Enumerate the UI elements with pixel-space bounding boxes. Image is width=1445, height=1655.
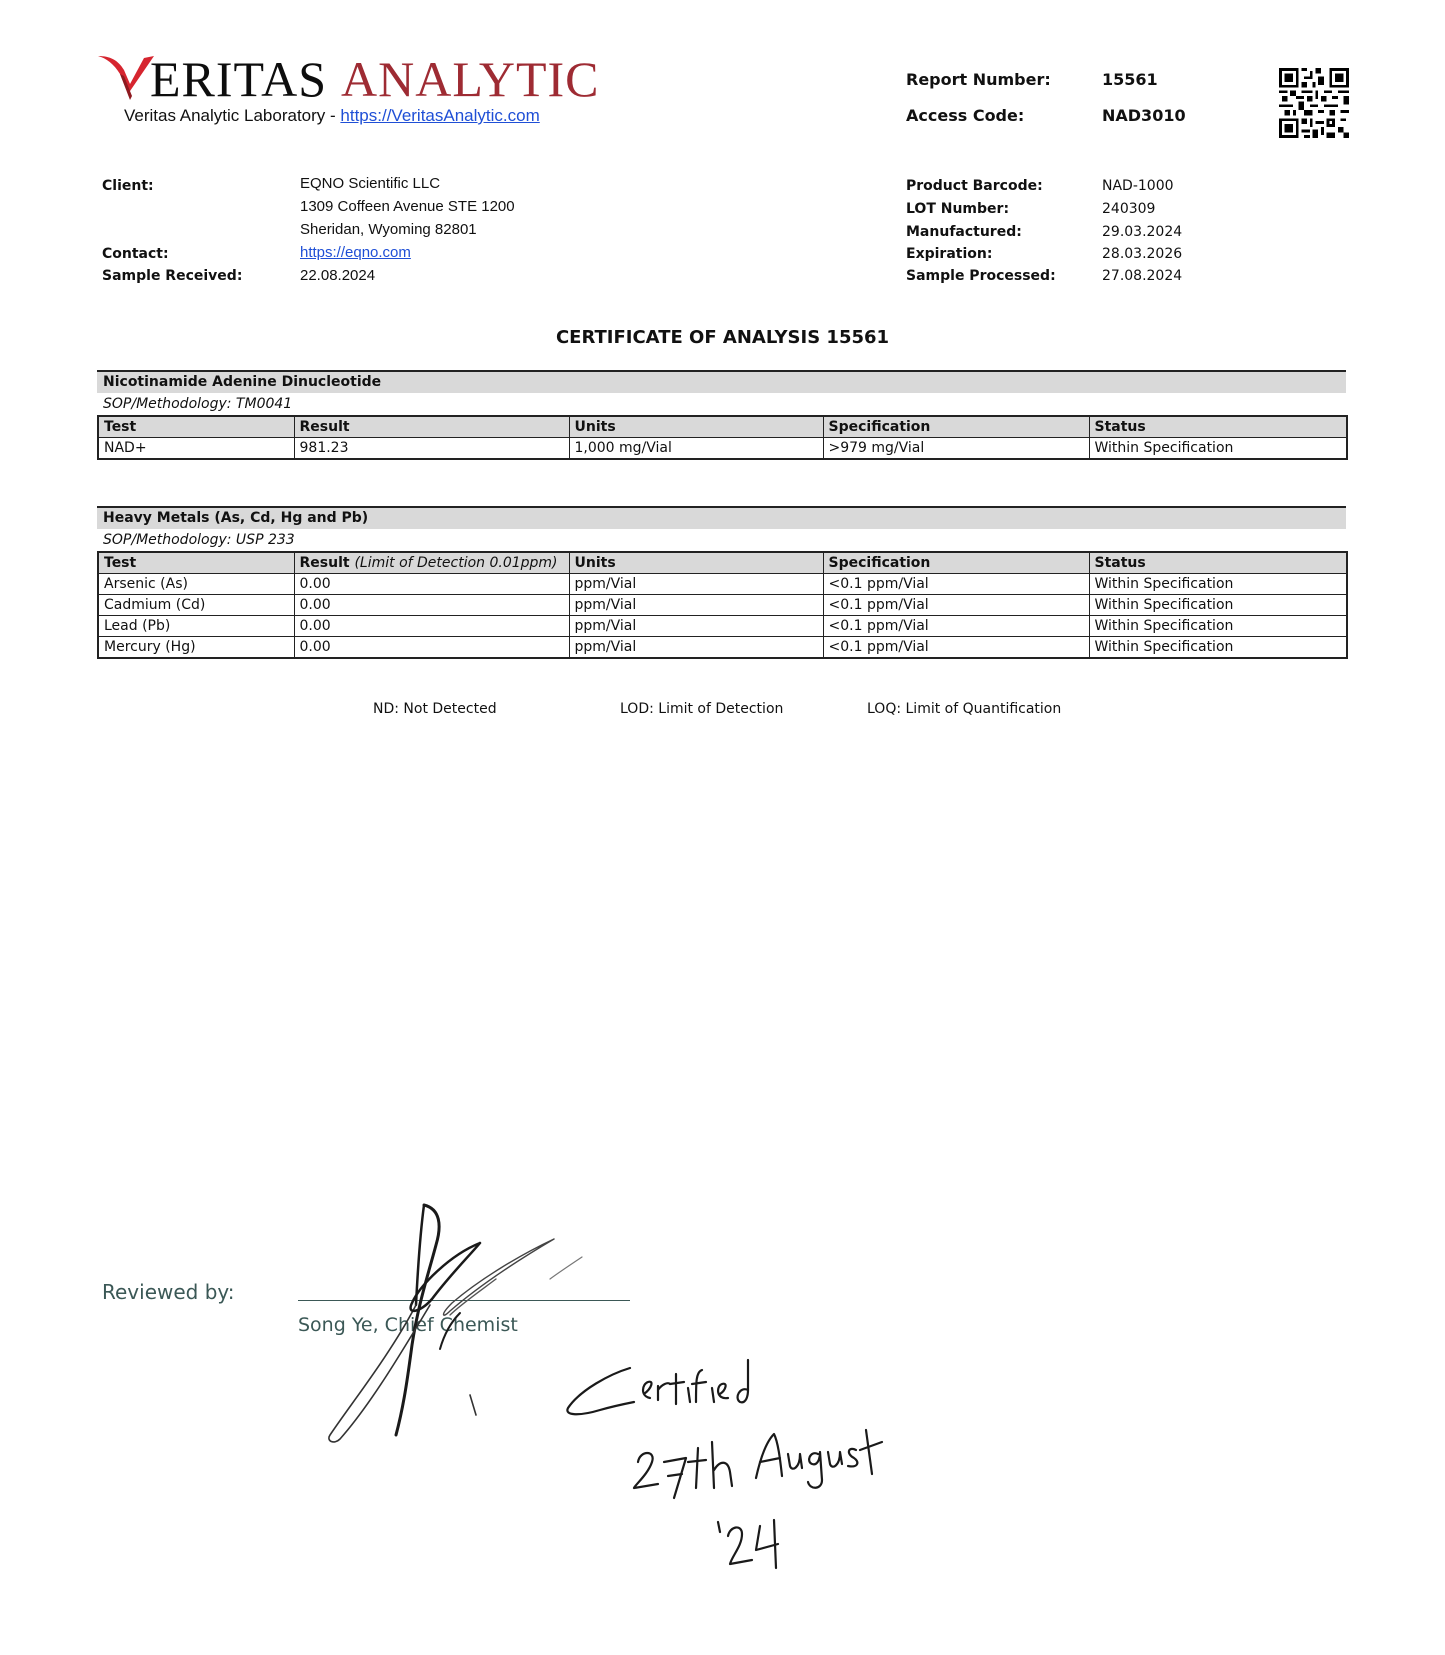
table-row: Lead (Pb) 0.00 ppm/Vial <0.1 ppm/Vial Wi…	[98, 616, 1347, 637]
col-result-label: Result	[300, 555, 350, 571]
section-heavy-metals: Heavy Metals (As, Cd, Hg and Pb) SOP/Met…	[97, 506, 1346, 659]
cell-status: Within Specification	[1089, 616, 1347, 637]
contact-label: Contact:	[102, 246, 169, 262]
sample-processed-label: Sample Processed:	[906, 268, 1056, 284]
product-barcode-label: Product Barcode:	[906, 178, 1043, 194]
cell-specification: <0.1 ppm/Vial	[823, 574, 1089, 595]
handwritten-certification-icon	[560, 1350, 900, 1590]
client-label: Client:	[102, 178, 154, 194]
footnote-nd: ND: Not Detected	[373, 701, 497, 717]
contact-link[interactable]: https://eqno.com	[300, 244, 411, 261]
certificate-title: CERTIFICATE OF ANALYSIS 15561	[0, 327, 1445, 348]
sample-processed-value: 27.08.2024	[1102, 268, 1182, 284]
lot-number-label: LOT Number:	[906, 201, 1009, 217]
sample-received-label: Sample Received:	[102, 268, 242, 284]
footnote-loq: LOQ: Limit of Quantification	[867, 701, 1061, 717]
lab-logo: ERITASANALYTIC Veritas Analytic Laborato…	[96, 48, 576, 138]
col-units: Units	[569, 416, 823, 438]
cell-specification: <0.1 ppm/Vial	[823, 595, 1089, 616]
access-code-label: Access Code:	[906, 106, 1024, 125]
col-test: Test	[98, 416, 294, 438]
cell-test: Mercury (Hg)	[98, 637, 294, 659]
lab-name: Veritas Analytic Laboratory -	[124, 106, 340, 125]
client-address-line1: 1309 Coffeen Avenue STE 1200	[300, 198, 515, 215]
lab-website-link[interactable]: https://VeritasAnalytic.com	[340, 106, 539, 125]
section-nad: Nicotinamide Adenine Dinucleotide SOP/Me…	[97, 370, 1346, 460]
results-table: Test Result (Limit of Detection 0.01ppm)…	[97, 551, 1348, 659]
cell-specification: <0.1 ppm/Vial	[823, 637, 1089, 659]
results-table: Test Result Units Specification Status N…	[97, 415, 1348, 460]
section-title: Heavy Metals (As, Cd, Hg and Pb)	[97, 506, 1346, 529]
sample-received-value: 22.08.2024	[300, 267, 375, 284]
client-name: EQNO Scientific LLC	[300, 175, 440, 192]
col-status: Status	[1089, 552, 1347, 574]
footnote-lod: LOD: Limit of Detection	[620, 701, 783, 717]
expiration-value: 28.03.2026	[1102, 246, 1182, 262]
cell-specification: >979 mg/Vial	[823, 438, 1089, 460]
col-specification: Specification	[823, 416, 1089, 438]
cell-status: Within Specification	[1089, 438, 1347, 460]
logo-word-analytic: ANALYTIC	[341, 51, 600, 107]
logo-subtitle: Veritas Analytic Laboratory - https://Ve…	[124, 106, 540, 126]
cell-result: 0.00	[294, 637, 569, 659]
cell-units: ppm/Vial	[569, 574, 823, 595]
client-address-line2: Sheridan, Wyoming 82801	[300, 221, 477, 238]
manufactured-value: 29.03.2024	[1102, 224, 1182, 240]
manufactured-label: Manufactured:	[906, 224, 1022, 240]
sop-methodology: SOP/Methodology: TM0041	[97, 393, 1346, 415]
logo-wordmark: ERITASANALYTIC	[150, 52, 600, 106]
logo-word-veritas: ERITAS	[150, 51, 327, 107]
table-header-row: Test Result Units Specification Status	[98, 416, 1347, 438]
col-specification: Specification	[823, 552, 1089, 574]
cell-status: Within Specification	[1089, 574, 1347, 595]
col-result: Result	[294, 416, 569, 438]
table-row: Mercury (Hg) 0.00 ppm/Vial <0.1 ppm/Vial…	[98, 637, 1347, 659]
cell-status: Within Specification	[1089, 595, 1347, 616]
col-result-note: (Limit of Detection 0.01ppm)	[354, 555, 557, 571]
table-header-row: Test Result (Limit of Detection 0.01ppm)…	[98, 552, 1347, 574]
cell-test: NAD+	[98, 438, 294, 460]
section-title: Nicotinamide Adenine Dinucleotide	[97, 370, 1346, 393]
cell-result: 0.00	[294, 574, 569, 595]
table-row: NAD+ 981.23 1,000 mg/Vial >979 mg/Vial W…	[98, 438, 1347, 460]
report-number-label: Report Number:	[906, 70, 1051, 89]
cell-units: 1,000 mg/Vial	[569, 438, 823, 460]
cell-test: Cadmium (Cd)	[98, 595, 294, 616]
col-test: Test	[98, 552, 294, 574]
col-status: Status	[1089, 416, 1347, 438]
cell-test: Arsenic (As)	[98, 574, 294, 595]
cell-specification: <0.1 ppm/Vial	[823, 616, 1089, 637]
expiration-label: Expiration:	[906, 246, 992, 262]
qr-code-icon[interactable]	[1279, 68, 1349, 138]
sop-methodology: SOP/Methodology: USP 233	[97, 529, 1346, 551]
cell-units: ppm/Vial	[569, 595, 823, 616]
cell-result: 981.23	[294, 438, 569, 460]
cell-test: Lead (Pb)	[98, 616, 294, 637]
contact-value: https://eqno.com	[300, 244, 411, 261]
cell-result: 0.00	[294, 595, 569, 616]
lot-number-value: 240309	[1102, 201, 1155, 217]
cell-status: Within Specification	[1089, 637, 1347, 659]
report-number-value: 15561	[1102, 70, 1158, 89]
table-row: Arsenic (As) 0.00 ppm/Vial <0.1 ppm/Vial…	[98, 574, 1347, 595]
access-code-value: NAD3010	[1102, 106, 1186, 125]
col-units: Units	[569, 552, 823, 574]
cell-units: ppm/Vial	[569, 616, 823, 637]
cell-result: 0.00	[294, 616, 569, 637]
reviewed-by-label: Reviewed by:	[102, 1280, 235, 1304]
cell-units: ppm/Vial	[569, 637, 823, 659]
table-row: Cadmium (Cd) 0.00 ppm/Vial <0.1 ppm/Vial…	[98, 595, 1347, 616]
product-barcode-value: NAD-1000	[1102, 178, 1174, 194]
col-result: Result (Limit of Detection 0.01ppm)	[294, 552, 569, 574]
